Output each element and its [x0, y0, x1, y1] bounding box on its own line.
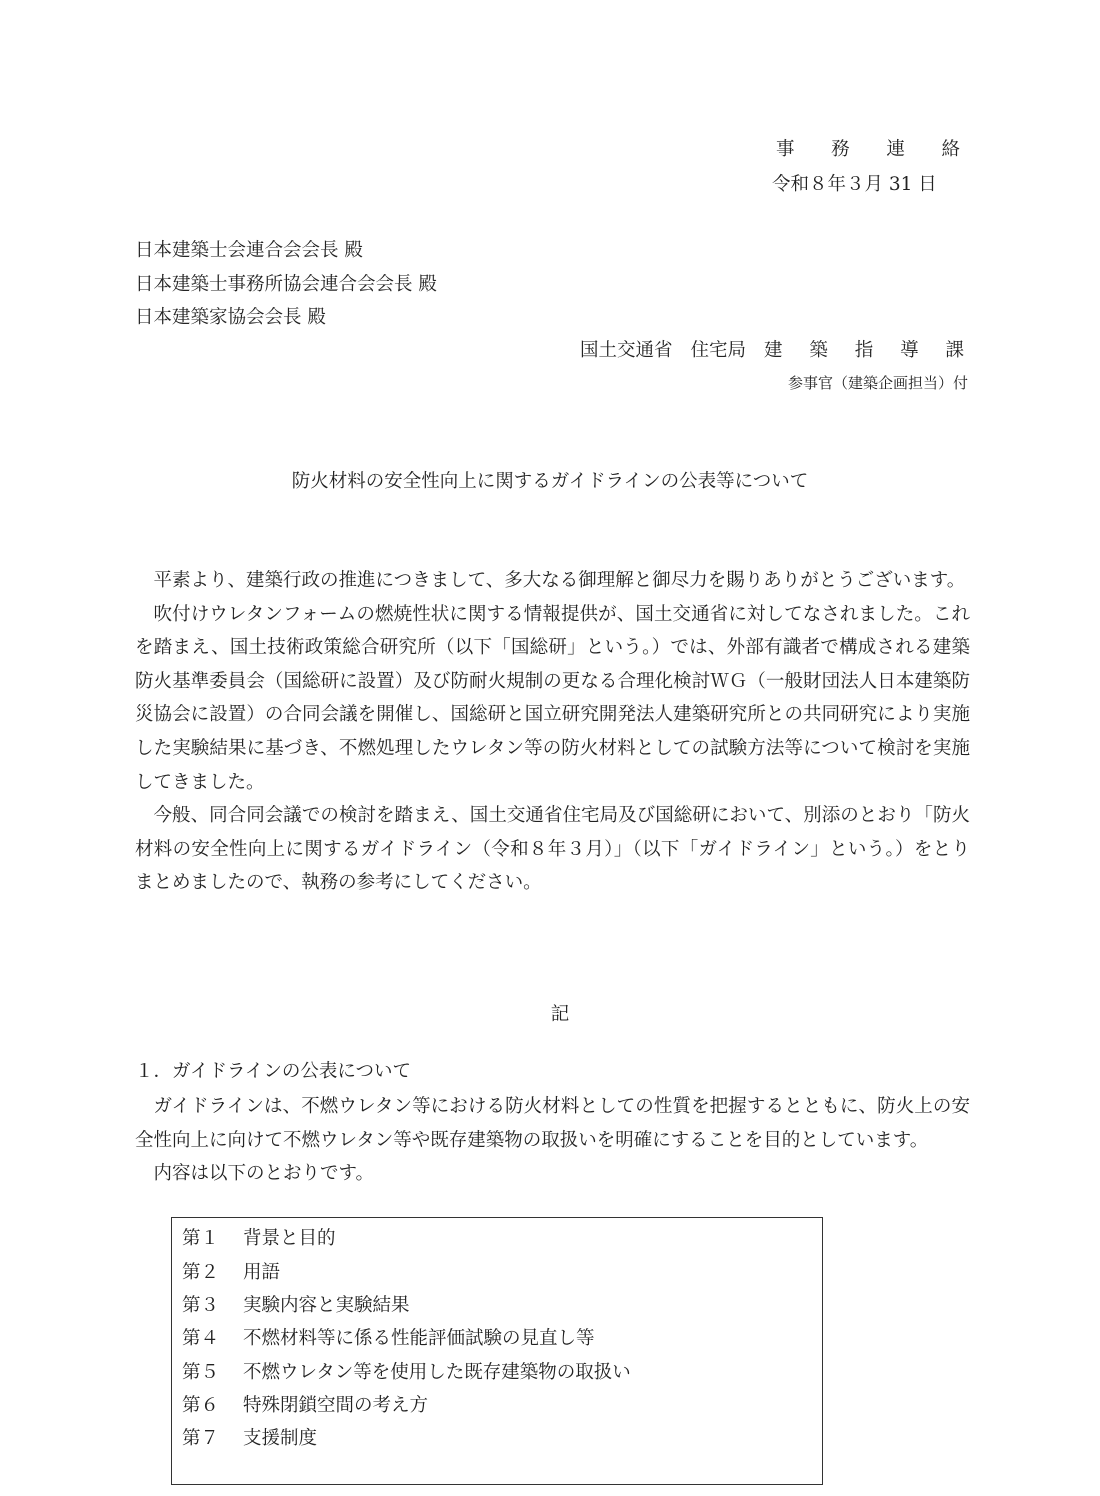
division-char: 課 — [945, 336, 964, 362]
toc-item: 第４ 不燃材料等に係る性能評価試験の見直し等 — [182, 1324, 595, 1350]
toc-item: 第７ 支援制度 — [182, 1424, 317, 1450]
recipient: 日本建築家協会会長 殿 — [135, 303, 326, 329]
toc-number: 第５ — [182, 1358, 243, 1384]
toc-number: 第４ — [182, 1324, 243, 1350]
toc-title: 不燃材料等に係る性能評価試験の見直し等 — [243, 1324, 595, 1350]
section-body: ガイドラインは、不燃ウレタン等における防火材料としての性質を把握するとともに、防… — [135, 1090, 970, 1191]
body-paragraph: 平素より、建築行政の推進につきまして、多大なる御理解と御尽力を賜りありがとうござ… — [135, 564, 970, 598]
toc-item: 第２ 用語 — [182, 1258, 280, 1284]
toc-item: 第６ 特殊閉鎖空間の考え方 — [182, 1391, 428, 1417]
toc-title: 実験内容と実験結果 — [243, 1291, 410, 1317]
sender-sub: 参事官（建築企画担当）付 — [788, 372, 968, 393]
toc-title: 用語 — [243, 1258, 280, 1284]
division-char: 導 — [900, 336, 919, 362]
body-paragraph: 今般、同合同会議での検討を踏まえ、国土交通省住宅局及び国総研において、別添のとお… — [135, 799, 970, 900]
sender-bureau: 住宅局 — [691, 336, 747, 362]
division-char: 築 — [809, 336, 828, 362]
toc-title: 不燃ウレタン等を使用した既存建築物の取扱い — [243, 1358, 631, 1384]
recipient: 日本建築士事務所協会連合会会長 殿 — [135, 270, 437, 296]
toc-number: 第２ — [182, 1258, 243, 1284]
section-paragraph: ガイドラインは、不燃ウレタン等における防火材料としての性質を把握するとともに、防… — [135, 1090, 970, 1157]
toc-item: 第５ 不燃ウレタン等を使用した既存建築物の取扱い — [182, 1358, 631, 1384]
ki-heading: 記 — [0, 1000, 1100, 1026]
division-char: 建 — [764, 336, 783, 362]
toc-title: 背景と目的 — [243, 1224, 336, 1250]
toc-number: 第７ — [182, 1424, 243, 1450]
sender-department: 国土交通省 住宅局 建 築 指 導 課 — [580, 336, 964, 362]
toc-title: 支援制度 — [243, 1424, 317, 1450]
toc-item: 第１ 背景と目的 — [182, 1224, 336, 1250]
sender-division: 建 築 指 導 課 — [764, 336, 964, 362]
notice-type: 事 務 連 絡 — [776, 135, 960, 161]
division-char: 指 — [855, 336, 874, 362]
notice-date: 令和８年３月 31 日 — [772, 170, 937, 196]
recipient: 日本建築士会連合会会長 殿 — [135, 236, 363, 262]
toc-number: 第３ — [182, 1291, 243, 1317]
toc-title: 特殊閉鎖空間の考え方 — [243, 1391, 428, 1417]
subject-title: 防火材料の安全性向上に関するガイドラインの公表等について — [0, 467, 1100, 493]
sender-ministry: 国土交通省 — [580, 336, 673, 362]
toc-box: 第１ 背景と目的 第２ 用語 第３ 実験内容と実験結果 第４ 不燃材料等に係る性… — [171, 1217, 823, 1485]
body-text: 平素より、建築行政の推進につきまして、多大なる御理解と御尽力を賜りありがとうござ… — [135, 564, 970, 900]
toc-number: 第１ — [182, 1224, 243, 1250]
section-paragraph: 内容は以下のとおりです。 — [135, 1157, 970, 1191]
toc-number: 第６ — [182, 1391, 243, 1417]
notice-type-char: 絡 — [941, 135, 960, 161]
toc-item: 第３ 実験内容と実験結果 — [182, 1291, 410, 1317]
section-title: １．ガイドラインの公表について — [135, 1057, 411, 1083]
notice-type-char: 連 — [886, 135, 905, 161]
notice-type-char: 事 — [776, 135, 795, 161]
notice-type-char: 務 — [831, 135, 850, 161]
body-paragraph: 吹付けウレタンフォームの燃焼性状に関する情報提供が、国土交通省に対してなされまし… — [135, 598, 970, 800]
